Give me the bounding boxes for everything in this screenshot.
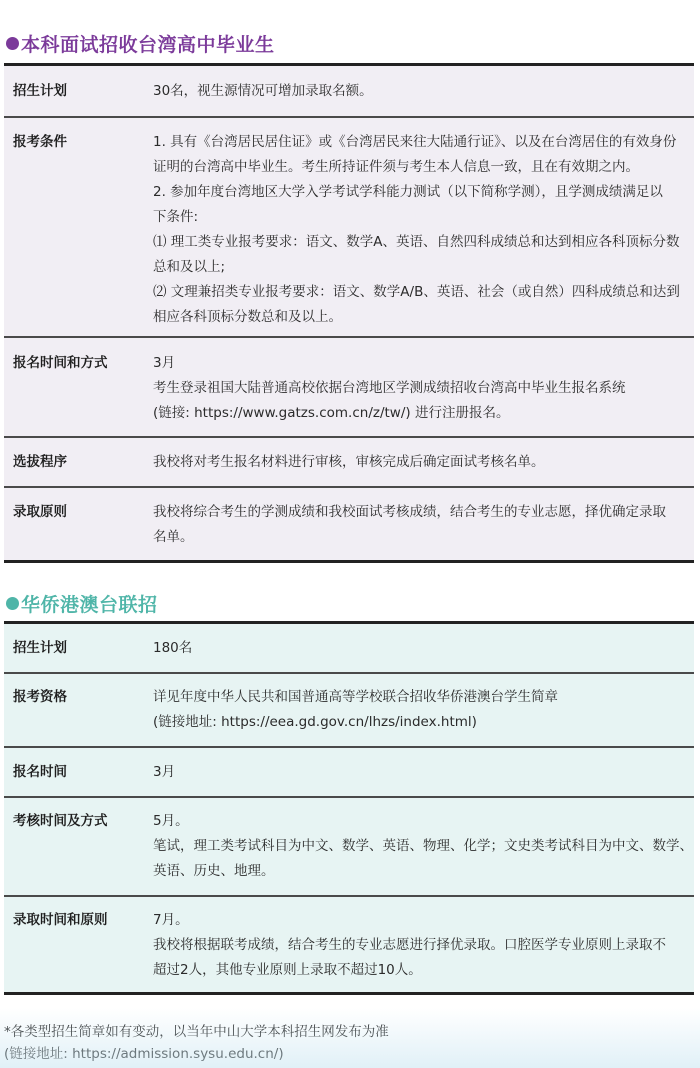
value-line: 我校将根据联考成绩，结合考生的专业志愿进行择优录取。口腔医学专业原则上录取不 [153, 933, 686, 958]
value-line[interactable]: (链接地址: https://eea.gd.gov.cn/lhzs/index.… [153, 710, 686, 735]
table-row: 报考资格 详见年度中华人民共和国普通高等学校联合招收华侨港澳台学生简章 (链接地… [4, 674, 694, 748]
footnote-link[interactable]: (链接地址: https://admission.sysu.edu.cn/) [4, 1043, 389, 1065]
value-line: 7月。 [153, 908, 686, 933]
table-row: 考核时间及方式 5月。 笔试，理工类考试科目为中文、数学、英语、物理、化学；文史… [4, 798, 694, 897]
section-title-joint-exam: 华侨港澳台联招 [6, 590, 158, 617]
row-value: 3月 考生登录祖国大陆普通高校依据台湾地区学测成绩招收台湾高中毕业生报名系统 (… [153, 351, 694, 436]
value-line: ⑵ 文理兼招类专业报考要求：语文、数学A/B、英语、社会（或自然）四科成绩总和达… [153, 280, 686, 305]
row-label: 选拔程序 [4, 450, 153, 475]
row-label: 报名时间 [4, 760, 153, 785]
footnote: *各类型招生简章如有变动，以当年中山大学本科招生网发布为准 (链接地址: htt… [4, 1021, 389, 1065]
table-row: 招生计划 30名，视生源情况可增加录取名额。 [4, 66, 694, 118]
bullet-dot-icon [6, 37, 19, 50]
value-line: 证明的台湾高中毕业生。考生所持证件须与考生本人信息一致，且在有效期之内。 [153, 155, 686, 180]
table-row: 选拔程序 我校将对考生报名材料进行审核，审核完成后确定面试考核名单。 [4, 438, 694, 488]
section-title-text: 华侨港澳台联招 [21, 590, 158, 617]
value-line: 3月 [153, 760, 686, 785]
row-label: 招生计划 [4, 79, 153, 104]
row-value: 详见年度中华人民共和国普通高等学校联合招收华侨港澳台学生简章 (链接地址: ht… [153, 685, 694, 746]
row-value: 7月。 我校将根据联考成绩，结合考生的专业志愿进行择优录取。口腔医学专业原则上录… [153, 908, 694, 992]
value-line: 我校将综合考生的学测成绩和我校面试考核成绩，结合考生的专业志愿，择优确定录取 [153, 500, 686, 525]
row-value: 5月。 笔试，理工类考试科目为中文、数学、英语、物理、化学；文史类考试科目为中文… [153, 809, 700, 895]
row-label: 录取原则 [4, 500, 153, 560]
value-line: 30名，视生源情况可增加录取名额。 [153, 79, 686, 104]
table-row: 报考条件 1. 具有《台湾居民居住证》或《台湾居民来往大陆通行证》、以及在台湾居… [4, 118, 694, 338]
value-line: 1. 具有《台湾居民居住证》或《台湾居民来往大陆通行证》、以及在台湾居住的有效身… [153, 130, 686, 155]
footnote-text: *各类型招生简章如有变动，以当年中山大学本科招生网发布为准 [4, 1021, 389, 1043]
value-line: 考生登录祖国大陆普通高校依据台湾地区学测成绩招收台湾高中毕业生报名系统 [153, 376, 686, 401]
value-line[interactable]: (链接: https://www.gatzs.com.cn/z/tw/) 进行注… [153, 401, 686, 426]
value-line: 2. 参加年度台湾地区大学入学考试学科能力测试（以下简称学测），且学测成绩满足以 [153, 180, 686, 205]
row-label: 报考资格 [4, 685, 153, 746]
row-value: 30名，视生源情况可增加录取名额。 [153, 79, 694, 104]
table-joint-exam: 招生计划 180名 报考资格 详见年度中华人民共和国普通高等学校联合招收华侨港澳… [4, 621, 694, 995]
value-line: 3月 [153, 351, 686, 376]
table-row: 招生计划 180名 [4, 624, 694, 674]
value-line: 下条件: [153, 205, 686, 230]
table-row: 录取时间和原则 7月。 我校将根据联考成绩，结合考生的专业志愿进行择优录取。口腔… [4, 897, 694, 995]
value-line: 超过2人，其他专业原则上录取不超过10人。 [153, 958, 686, 983]
section-title-taiwan: 本科面试招收台湾高中毕业生 [6, 30, 275, 57]
table-row: 录取原则 我校将综合考生的学测成绩和我校面试考核成绩，结合考生的专业志愿，择优确… [4, 488, 694, 563]
value-line: 笔试，理工类考试科目为中文、数学、英语、物理、化学；文史类考试科目为中文、数学、 [153, 834, 693, 859]
table-row: 报名时间 3月 [4, 748, 694, 798]
value-line: 名单。 [153, 525, 686, 550]
row-value: 180名 [153, 636, 694, 661]
section-title-text: 本科面试招收台湾高中毕业生 [21, 30, 275, 57]
row-label: 考核时间及方式 [4, 809, 153, 895]
table-row: 报名时间和方式 3月 考生登录祖国大陆普通高校依据台湾地区学测成绩招收台湾高中毕… [4, 338, 694, 438]
value-line: 180名 [153, 636, 686, 661]
row-value: 1. 具有《台湾居民居住证》或《台湾居民来往大陆通行证》、以及在台湾居住的有效身… [153, 130, 694, 336]
value-line: 详见年度中华人民共和国普通高等学校联合招收华侨港澳台学生简章 [153, 685, 686, 710]
row-value: 我校将对考生报名材料进行审核，审核完成后确定面试考核名单。 [153, 450, 694, 475]
row-label: 招生计划 [4, 636, 153, 661]
row-label: 报考条件 [4, 130, 153, 336]
value-line: 我校将对考生报名材料进行审核，审核完成后确定面试考核名单。 [153, 450, 686, 475]
row-label: 录取时间和原则 [4, 908, 153, 992]
value-line: 相应各科顶标分数总和及以上。 [153, 305, 686, 330]
table-taiwan: 招生计划 30名，视生源情况可增加录取名额。 报考条件 1. 具有《台湾居民居住… [4, 63, 694, 563]
bullet-dot-icon [6, 597, 19, 610]
row-label: 报名时间和方式 [4, 351, 153, 436]
value-line: 5月。 [153, 809, 693, 834]
row-value: 3月 [153, 760, 694, 785]
value-line: 总和及以上; [153, 255, 686, 280]
row-value: 我校将综合考生的学测成绩和我校面试考核成绩，结合考生的专业志愿，择优确定录取 名… [153, 500, 694, 560]
value-line: ⑴ 理工类专业报考要求：语文、数学A、英语、自然四科成绩总和达到相应各科顶标分数 [153, 230, 686, 255]
value-line: 英语、历史、地理。 [153, 859, 693, 884]
